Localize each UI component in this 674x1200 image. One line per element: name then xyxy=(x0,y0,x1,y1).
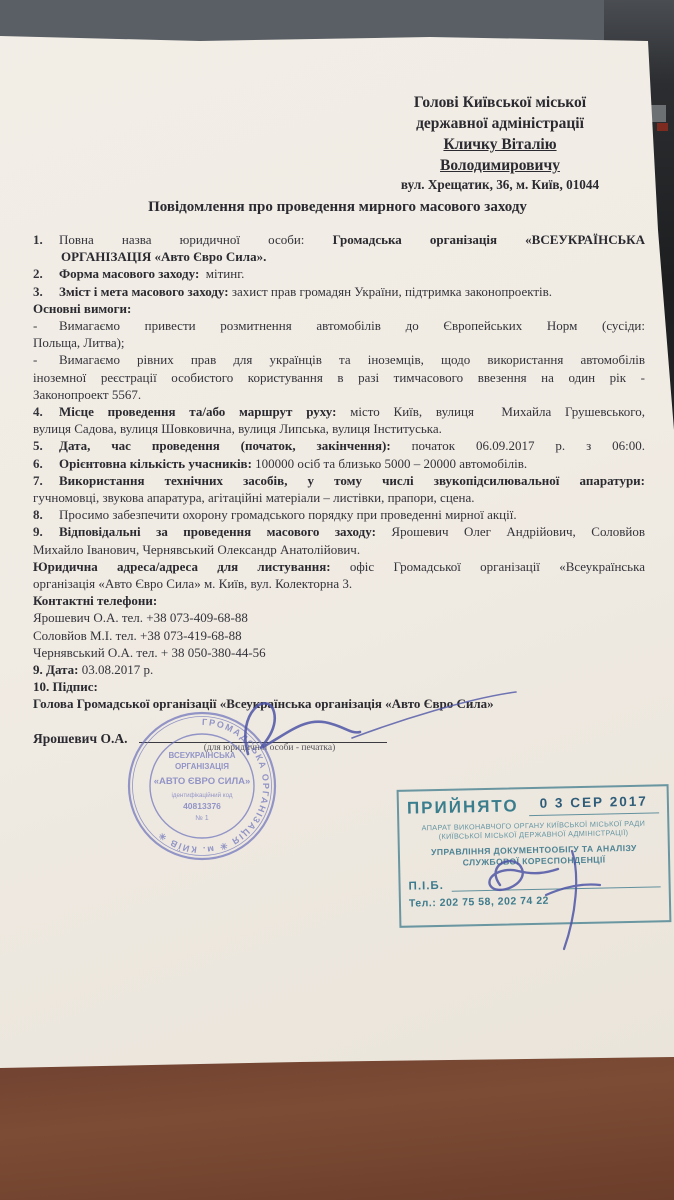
line-text-bold: Зміст і мета масового заходу: xyxy=(59,284,229,299)
line-text: місто Київ, вулиця Михайла Грушевського, xyxy=(336,404,645,419)
line-text-bold: Контактні телефони: xyxy=(33,593,157,608)
line-text: мітинг. xyxy=(199,266,244,281)
seal-number: № 1 xyxy=(195,815,208,822)
line-text: Польща, Литва); xyxy=(33,335,125,350)
line-number: - xyxy=(33,351,59,368)
line-number: 9. xyxy=(33,523,59,540)
doc-line: 8.Просимо забезпечити охорону громадсько… xyxy=(33,506,645,523)
seal-org-name: «АВТО ЄВРО СИЛА» xyxy=(154,776,251,787)
line-text: організація «Авто Євро Сила» м. Київ, ву… xyxy=(33,576,352,591)
stamp-org-text: АПАРАТ ВИКОНАВЧОГО ОРГАНУ КИЇВСЬКОЇ МІСЬ… xyxy=(407,818,659,841)
line-number: 5. xyxy=(33,437,59,454)
line-text-bold: Використання технічних засобів, у тому ч… xyxy=(59,473,645,488)
background-red-speck xyxy=(657,123,668,131)
line-text: Ярошевич О.А. тел. +38 073-409-68-88 xyxy=(33,610,248,625)
doc-line: Контактні телефони: xyxy=(33,592,645,609)
doc-line: 3.Зміст і мета масового заходу: захист п… xyxy=(33,283,645,300)
doc-line: Законопроект 5567. xyxy=(33,386,645,403)
doc-line: 7.Використання технічних засобів, у тому… xyxy=(33,472,645,489)
doc-line: ОРГАНІЗАЦІЯ «Авто Євро Сила». xyxy=(33,248,645,265)
doc-line: Соловйов М.І. тел. +38 073-419-68-88 xyxy=(33,627,645,644)
line-number: 8. xyxy=(33,506,59,523)
doc-line: вулиця Садова, вулиця Шовковична, вулиця… xyxy=(33,420,645,437)
line-text: 03.08.2017 р. xyxy=(78,662,153,677)
doc-line: 5.Дата, час проведення (початок, закінче… xyxy=(33,437,645,454)
line-text: Соловйов М.І. тел. +38 073-419-68-88 xyxy=(33,628,242,643)
recipient-name: Кличку Віталію xyxy=(350,134,650,155)
line-text-bold: Юридична адреса/адреса для листування: xyxy=(33,559,331,574)
recipient-name: Володимировичу xyxy=(350,155,650,176)
line-text: офіс Громадської організації «Всеукраїнс… xyxy=(331,559,645,574)
line-text-bold: Громадська організація «ВСЕУКРАЇНСЬКА xyxy=(333,232,645,247)
line-text: Законопроект 5567. xyxy=(33,387,141,402)
doc-line: 4.Місце проведення та/або маршрут руху: … xyxy=(33,403,645,420)
paper-sheet: Голові Київської міської державної адмін… xyxy=(0,0,674,1200)
line-text-bold: 10. Підпис: xyxy=(33,679,98,694)
recipient-block: Голові Київської міської державної адмін… xyxy=(350,92,650,193)
seal-line: ідентифікаційний код xyxy=(172,792,233,799)
line-text: Михайло Іванович, Чернявський Олександр … xyxy=(33,542,360,557)
signer-name: Ярошевич О.А. xyxy=(33,731,127,746)
signature-ink xyxy=(220,682,530,772)
recipient-line: Голові Київської міської xyxy=(350,92,650,113)
line-text: 100000 осіб та близько 5000 – 20000 авто… xyxy=(252,456,527,471)
line-text: Повна назва юридичної особи: xyxy=(59,232,333,247)
doc-line: 9.Відповідальні за проведення масового з… xyxy=(33,523,645,540)
accepted-label: ПРИЙНЯТО xyxy=(407,796,519,818)
line-text: Вимагаємо привести розмитнення автомобіл… xyxy=(59,318,645,333)
seal-code: 40813376 xyxy=(183,801,221,811)
doc-line: іноземної реєстрації особистого користув… xyxy=(33,369,645,386)
line-text-bold: Орієнтовна кількість учасників: xyxy=(59,456,252,471)
doc-line: Чернявський О.А. тел. + 38 050-380-44-56 xyxy=(33,644,645,661)
photo-of-document: Голові Київської міської державної адмін… xyxy=(0,0,674,1200)
clerk-signature-ink xyxy=(460,845,630,955)
accepted-date-line: 0 3 СЕР 2017 xyxy=(528,792,659,816)
doc-line: 1.Повна назва юридичної особи: Громадськ… xyxy=(33,231,645,248)
line-number: - xyxy=(33,317,59,334)
line-text-bold: Місце проведення та/або маршрут руху: xyxy=(59,404,336,419)
doc-line: організація «Авто Євро Сила» м. Київ, ву… xyxy=(33,575,645,592)
recipient-line: державної адміністрації xyxy=(350,113,650,134)
line-text: Чернявський О.А. тел. + 38 050-380-44-56 xyxy=(33,645,266,660)
line-number: 3. xyxy=(33,283,59,300)
doc-line: Ярошевич О.А. тел. +38 073-409-68-88 xyxy=(33,609,645,626)
document-body: 1.Повна назва юридичної особи: Громадськ… xyxy=(33,231,645,713)
document-title: Повідомлення про проведення мирного масо… xyxy=(30,199,645,216)
line-text: іноземної реєстрації особистого користув… xyxy=(33,370,645,385)
line-number: 4. xyxy=(33,403,59,420)
doc-line: Юридична адреса/адреса для листування: о… xyxy=(33,558,645,575)
line-text: Ярошевич Олег Андрійович, Соловйов xyxy=(376,524,645,539)
table-surface xyxy=(0,1052,674,1200)
line-number: 1. xyxy=(33,231,59,248)
line-text: захист прав громадян України, підтримка … xyxy=(229,284,552,299)
line-number: 2. xyxy=(33,265,59,282)
doc-line: -Вимагаємо рівних прав для українців та … xyxy=(33,351,645,368)
doc-line: Михайло Іванович, Чернявський Олександр … xyxy=(33,541,645,558)
background-object xyxy=(651,105,666,122)
line-text-bold: Форма масового заходу: xyxy=(59,266,199,281)
doc-line: 9. Дата: 03.08.2017 р. xyxy=(33,661,645,678)
accepted-date: 0 3 СЕР 2017 xyxy=(540,794,648,811)
line-text-bold: Відповідальні за проведення масового зах… xyxy=(59,524,376,539)
doc-line: Основні вимоги: xyxy=(33,300,645,317)
pib-label: П.І.Б. xyxy=(408,880,444,893)
accepted-stamp-header: ПРИЙНЯТО 0 3 СЕР 2017 xyxy=(407,792,659,818)
doc-line: 2.Форма масового заходу: мітинг. xyxy=(33,265,645,282)
line-number: 6. xyxy=(33,455,59,472)
line-text: початок 06.09.2017 р. з 06:00. xyxy=(391,438,645,453)
line-text: гучномовці, звукова апаратура, агітаційн… xyxy=(33,490,475,505)
doc-line: гучномовці, звукова апаратура, агітаційн… xyxy=(33,489,645,506)
doc-line: 6.Орієнтовна кількість учасників: 100000… xyxy=(33,455,645,472)
line-text-bold: 9. Дата: xyxy=(33,662,78,677)
line-text: Вимагаємо рівних прав для українців та і… xyxy=(59,352,645,367)
line-number: 7. xyxy=(33,472,59,489)
line-text: вулиця Садова, вулиця Шовковична, вулиця… xyxy=(33,421,442,436)
line-text-bold: Основні вимоги: xyxy=(33,301,131,316)
doc-line: Польща, Литва); xyxy=(33,334,645,351)
line-text-bold: Дата, час проведення (початок, закінченн… xyxy=(59,438,391,453)
line-text: Просимо забезпечити охорону громадського… xyxy=(59,507,517,522)
recipient-address: вул. Хрещатик, 36, м. Київ, 01044 xyxy=(350,176,650,193)
doc-line: -Вимагаємо привести розмитнення автомобі… xyxy=(33,317,645,334)
line-text-bold: ОРГАНІЗАЦІЯ «Авто Євро Сила». xyxy=(61,249,266,264)
